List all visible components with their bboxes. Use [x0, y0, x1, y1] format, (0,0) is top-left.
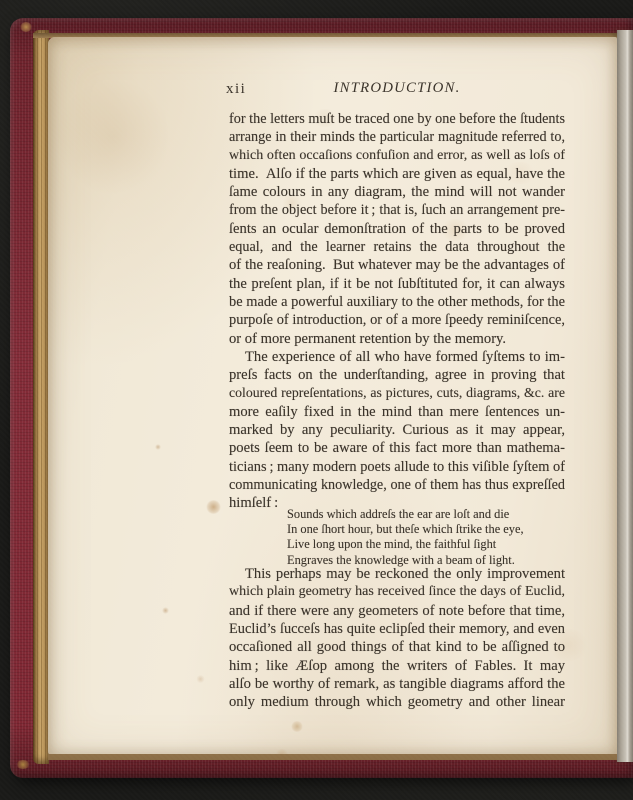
text-line: only medium through which geometry and o… — [229, 693, 565, 711]
text-column: xii INTRODUCTION. for the letters muſt b… — [229, 78, 565, 711]
paragraph: The experience of all who have formed ſy… — [229, 348, 565, 513]
text-line: ſents an ocular demonſtration of the par… — [229, 220, 565, 238]
text-line: ticians ; many modern poets allude to th… — [229, 458, 565, 476]
folio-number: xii — [226, 81, 246, 98]
verse-quotation: Sounds which addreſs the ear are loſt an… — [287, 507, 565, 569]
facing-page-edge — [617, 30, 633, 762]
text-line: Live long upon the mind, the faithful ſi… — [287, 537, 565, 552]
text-line: marked by any peculiarity. Curious as it… — [229, 421, 565, 439]
text-line: of the reaſoning. But whatever may be th… — [229, 256, 565, 274]
running-title: INTRODUCTION. — [333, 80, 460, 97]
text-line: him ; like Æſop among the writers of Fab… — [229, 657, 565, 675]
text-line: from the object before it ; that is, ſuc… — [229, 201, 565, 219]
book-scan-photo: xii INTRODUCTION. for the letters muſt b… — [0, 0, 633, 800]
foxing-stain — [206, 500, 221, 514]
text-line: coloured repreſentations, as pictures, c… — [229, 384, 565, 402]
text-line: the preſent plan, if it be not ſubſtitut… — [229, 275, 565, 293]
text-line: or of more permanent retention by the me… — [229, 330, 565, 348]
book-page: xii INTRODUCTION. for the letters muſt b… — [48, 37, 617, 758]
text-line: more eaſily fixed in the mind than mere … — [229, 403, 565, 421]
text-line: and if there were any geometers of note … — [229, 602, 565, 620]
paragraph: for the letters muſt be traced one by on… — [229, 110, 565, 348]
text-line: occaſioned all good things of that kind … — [229, 638, 565, 656]
text-line: communicating knowledge, one of them has… — [229, 476, 565, 494]
text-line: be made a powerful auxiliary to the othe… — [229, 293, 565, 311]
text-line: The experience of all who have formed ſy… — [229, 348, 565, 366]
foxing-stain — [196, 675, 205, 683]
text-line: In one ſhort hour, but theſe which ſtrik… — [287, 522, 565, 537]
text-line: which plain geometry has received ſince … — [229, 583, 565, 601]
paragraph: This perhaps may be reckoned the only im… — [229, 565, 565, 711]
text-line: ſame colours in any diagram, the mind wi… — [229, 183, 565, 201]
text-line: time. Alſo if the parts which are given … — [229, 165, 565, 183]
text-line: preſs facts on the underſtanding, agree … — [229, 366, 565, 384]
page-stack-bottom-edge — [48, 754, 617, 760]
text-line: Sounds which addreſs the ear are loſt an… — [287, 507, 565, 522]
foxing-stain — [155, 444, 161, 450]
text-line: This perhaps may be reckoned the only im… — [229, 565, 565, 583]
text-line: purpoſe of introduction, or of a more ſp… — [229, 311, 565, 329]
text-line: poets ſeem to be aware of this fact more… — [229, 439, 565, 457]
foxing-stain — [162, 607, 169, 614]
foxing-stain — [291, 721, 303, 732]
text-line: for the letters muſt be traced one by on… — [229, 110, 565, 128]
text-line: equal, and the learner retains the data … — [229, 238, 565, 256]
text-line: Euclid’s ſucceſs has quite eclipſed thei… — [229, 620, 565, 638]
gilt-fore-edge — [33, 30, 49, 764]
text-line: alſo be worthy of remark, as tangible di… — [229, 675, 565, 693]
foxing-stain — [58, 67, 168, 207]
text-line: which often occaſions confuſion and erro… — [229, 147, 565, 165]
text-block: for the letters muſt be traced one by on… — [229, 110, 565, 711]
text-line: arrange in their minds the particular ma… — [229, 128, 565, 146]
page-header: xii INTRODUCTION. — [229, 78, 565, 110]
